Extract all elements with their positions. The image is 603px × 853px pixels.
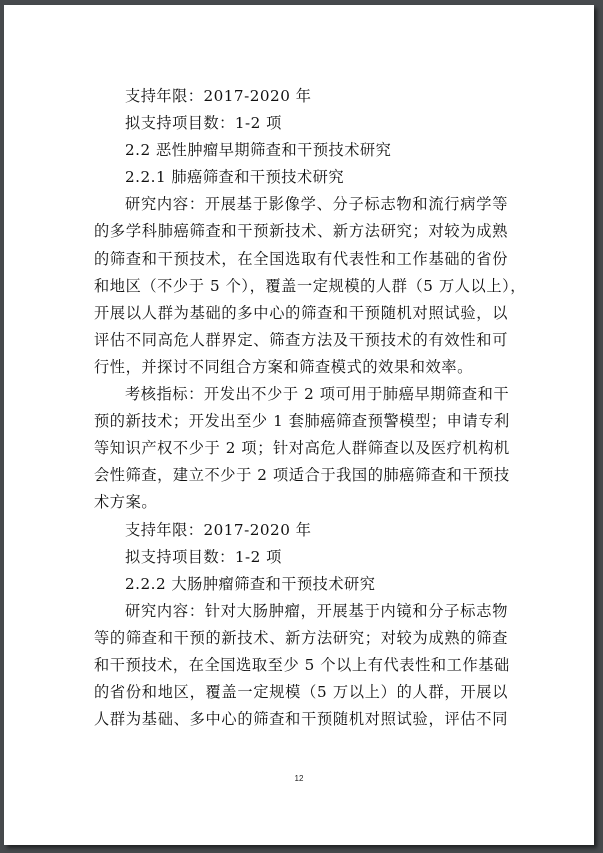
page-content: 支持年限：2017-2020 年 拟支持项目数：1-2 项 2.2 恶性肿瘤早期… <box>94 83 508 733</box>
project-count-text: 拟支持项目数：1-2 项 <box>94 110 508 137</box>
paragraph-line: 等的筛查和干预的新技术、新方法研究；对较为成熟的筛查 <box>94 625 508 652</box>
section-heading-2-2-1: 2.2.1 肺癌筛查和干预技术研究 <box>94 164 508 191</box>
research-content-paragraph-lung: 研究内容：开展基于影像学、分子标志物和流行病学等 的多学科肺癌筛查和干预新技术、… <box>94 191 508 381</box>
paragraph-line: 的省份和地区，覆盖一定规模（5 万以上）的人群，开展以 <box>94 679 508 706</box>
paragraph-line: 行性，并探讨不同组合方案和筛查模式的效果和效率。 <box>94 354 508 381</box>
research-content-paragraph-colorectal: 研究内容：针对大肠肿瘤，开展基于内镜和分子标志物 等的筛查和干预的新技术、新方法… <box>94 598 508 733</box>
paragraph-line: 人群为基础、多中心的筛查和干预随机对照试验，评估不同 <box>94 706 508 733</box>
paragraph-line: 研究内容：针对大肠肿瘤，开展基于内镜和分子标志物 <box>94 598 508 625</box>
paragraph-line: 的多学科肺癌筛查和干预新技术、新方法研究；对较为成熟 <box>94 218 508 245</box>
support-years-text: 支持年限：2017-2020 年 <box>94 517 508 544</box>
paragraph-line: 评估不同高危人群界定、筛查方法及干预技术的有效性和可 <box>94 327 508 354</box>
support-years-text: 支持年限：2017-2020 年 <box>94 83 508 110</box>
paragraph-line: 研究内容：开展基于影像学、分子标志物和流行病学等 <box>94 191 508 218</box>
paragraph-line: 和地区（不少于 5 个），覆盖一定规模的人群（5 万人以上）， <box>94 273 508 300</box>
paragraph-line: 的筛查和干预技术，在全国选取有代表性和工作基础的省份 <box>94 246 508 273</box>
section-heading-2-2-2: 2.2.2 大肠肿瘤筛查和干预技术研究 <box>94 571 508 598</box>
section-heading-2-2: 2.2 恶性肿瘤早期筛查和干预技术研究 <box>94 137 508 164</box>
assessment-paragraph-lung: 考核指标：开发出不少于 2 项可用于肺癌早期筛查和干 预的新技术；开发出至少 1… <box>94 381 508 516</box>
paragraph-line: 等知识产权不少于 2 项；针对高危人群筛查以及医疗机构机 <box>94 435 508 462</box>
paragraph-line: 和干预技术，在全国选取至少 5 个以上有代表性和工作基础 <box>94 652 508 679</box>
paragraph-line: 考核指标：开发出不少于 2 项可用于肺癌早期筛查和干 <box>94 381 508 408</box>
document-page: 支持年限：2017-2020 年 拟支持项目数：1-2 项 2.2 恶性肿瘤早期… <box>4 5 594 845</box>
paragraph-line: 预的新技术；开发出至少 1 套肺癌筛查预警模型；申请专利 <box>94 408 508 435</box>
paragraph-line: 会性筛查，建立不少于 2 项适合于我国的肺癌筛查和干预技 <box>94 462 508 489</box>
paragraph-line: 开展以人群为基础的多中心的筛查和干预随机对照试验，以 <box>94 300 508 327</box>
page-number: 12 <box>4 774 594 783</box>
paragraph-line: 术方案。 <box>94 489 508 516</box>
project-count-text: 拟支持项目数：1-2 项 <box>94 544 508 571</box>
